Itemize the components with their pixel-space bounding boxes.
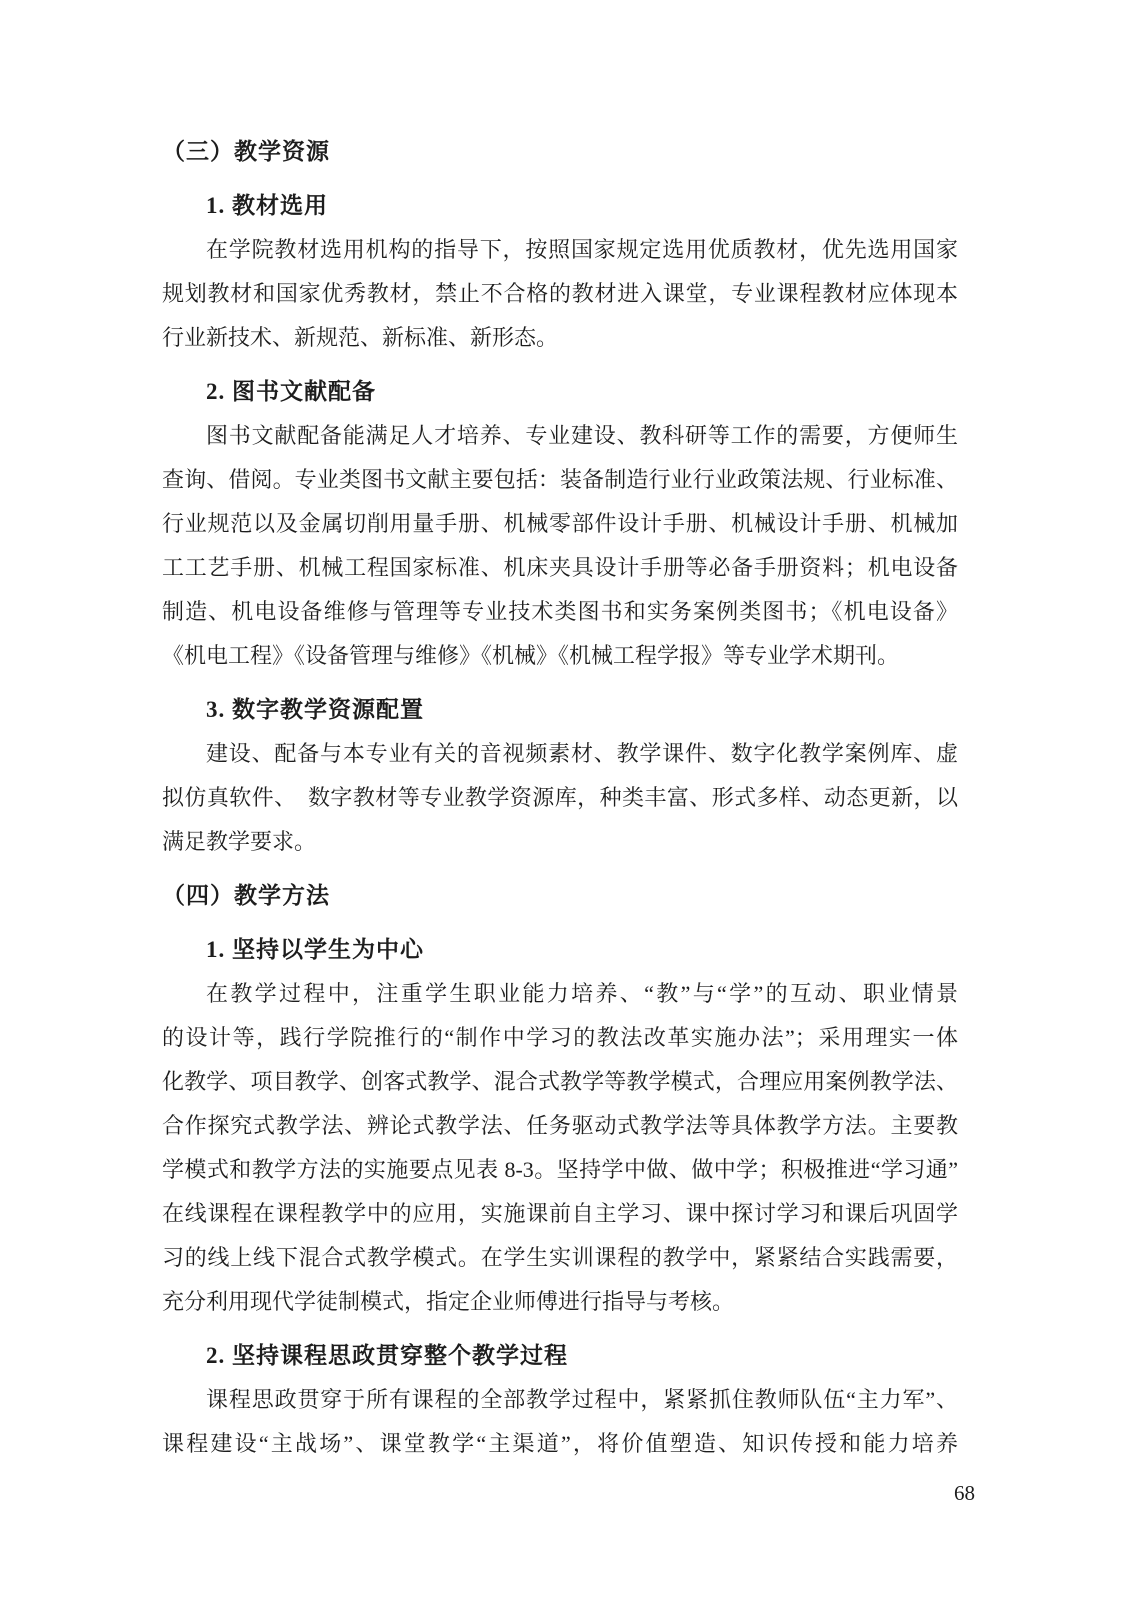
text-line: 学模式和教学方法的实施要点见表 8-3。坚持学中做、做中学；积极推进“学习通” <box>162 1148 958 1192</box>
text-line: 课程建设“主战场”、课堂教学“主渠道”，将价值塑造、知识传授和能力培养 <box>162 1422 958 1466</box>
subsection-heading-4-1: 1. 坚持以学生为中心 <box>162 928 958 972</box>
text-line: 规划教材和国家优秀教材，禁止不合格的教材进入课堂，专业课程教材应体现本 <box>162 272 958 316</box>
text-line: 合作探究式教学法、辨论式教学法、任务驱动式教学法等具体教学方法。主要教 <box>162 1104 958 1148</box>
text-line: 制造、机电设备维修与管理等专业技术类图书和实务案例类图书；《机电设备》 <box>162 590 958 634</box>
paragraph-ideological-education: 课程思政贯穿于所有课程的全部教学过程中，紧紧抓住教师队伍“主力军”、 课程建设“… <box>162 1378 958 1466</box>
text-line: 行业规范以及金属切削用量手册、机械零部件设计手册、机械设计手册、机械加 <box>162 502 958 546</box>
text-line: 《机电工程》《设备管理与维修》《机械》《机械工程学报》等专业学术期刊。 <box>162 634 958 678</box>
document-body: （三）教学资源 1. 教材选用 在学院教材选用机构的指导下，按照国家规定选用优质… <box>162 130 958 1466</box>
text-line: 化教学、项目教学、创客式教学、混合式教学等教学模式，合理应用案例教学法、 <box>162 1060 958 1104</box>
text-line: 行业新技术、新规范、新标准、新形态。 <box>162 316 958 360</box>
text-line: 课程思政贯穿于所有课程的全部教学过程中，紧紧抓住教师队伍“主力军”、 <box>162 1378 958 1422</box>
subsection-heading-3-3: 3. 数字教学资源配置 <box>162 688 958 732</box>
text-line: 的设计等，践行学院推行的“制作中学习的教法改革实施办法”；采用理实一体 <box>162 1016 958 1060</box>
text-line: 工工艺手册、机械工程国家标准、机床夹具设计手册等必备手册资料；机电设备 <box>162 546 958 590</box>
section-heading-4: （四）教学方法 <box>162 874 958 918</box>
text-line: 建设、配备与本专业有关的音视频素材、教学课件、数字化教学案例库、虚 <box>162 732 958 776</box>
subsection-heading-3-1: 1. 教材选用 <box>162 184 958 228</box>
text-line: 满足教学要求。 <box>162 820 958 864</box>
page-number: 68 <box>954 1480 975 1506</box>
paragraph-digital-resources: 建设、配备与本专业有关的音视频素材、教学课件、数字化教学案例库、虚 拟仿真软件、… <box>162 732 958 864</box>
text-line: 拟仿真软件、 数字教材等专业教学资源库，种类丰富、形式多样、动态更新，以 <box>162 776 958 820</box>
text-line: 习的线上线下混合式教学模式。在学生实训课程的教学中，紧紧结合实践需要， <box>162 1236 958 1280</box>
text-line: 充分利用现代学徒制模式，指定企业师傅进行指导与考核。 <box>162 1280 958 1324</box>
text-line: 在学院教材选用机构的指导下，按照国家规定选用优质教材，优先选用国家 <box>162 228 958 272</box>
paragraph-textbook-selection: 在学院教材选用机构的指导下，按照国家规定选用优质教材，优先选用国家 规划教材和国… <box>162 228 958 360</box>
text-line: 查询、借阅。专业类图书文献主要包括：装备制造行业行业政策法规、行业标准、 <box>162 458 958 502</box>
text-line: 图书文献配备能满足人才培养、专业建设、教科研等工作的需要，方便师生 <box>162 414 958 458</box>
text-line: 在教学过程中，注重学生职业能力培养、“教”与“学”的互动、职业情景 <box>162 972 958 1016</box>
subsection-heading-4-2: 2. 坚持课程思政贯穿整个教学过程 <box>162 1334 958 1378</box>
section-heading-3: （三）教学资源 <box>162 130 958 174</box>
text-line: 在线课程在课程教学中的应用，实施课前自主学习、课中探讨学习和课后巩固学 <box>162 1192 958 1236</box>
paragraph-library-resources: 图书文献配备能满足人才培养、专业建设、教科研等工作的需要，方便师生 查询、借阅。… <box>162 414 958 678</box>
subsection-heading-3-2: 2. 图书文献配备 <box>162 370 958 414</box>
paragraph-student-centered: 在教学过程中，注重学生职业能力培养、“教”与“学”的互动、职业情景 的设计等，践… <box>162 972 958 1324</box>
